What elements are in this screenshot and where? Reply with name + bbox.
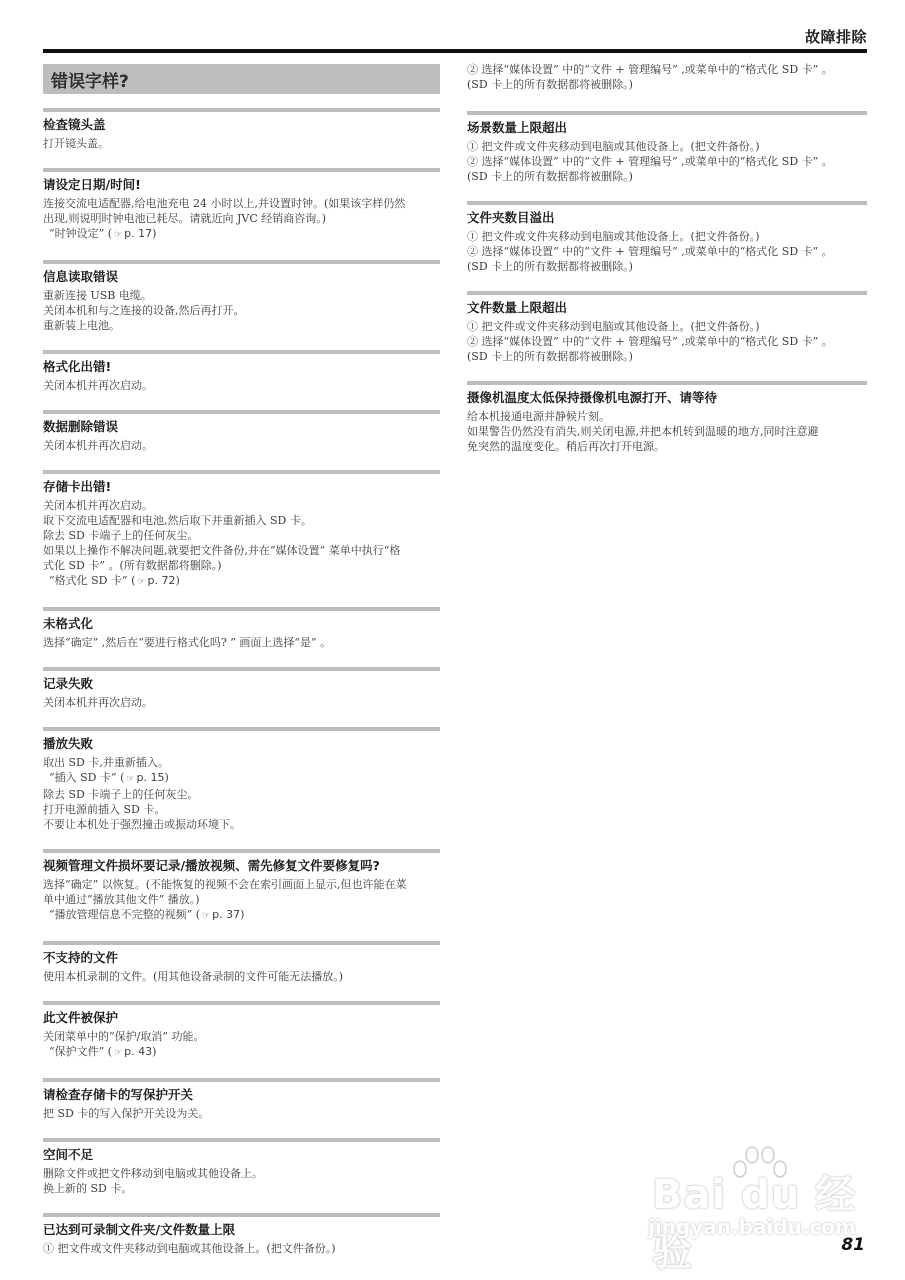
section-divider bbox=[43, 410, 440, 414]
error-section: 空间不足删除文件或把文件移动到电脑或其他设备上。换上新的 SD 卡。 bbox=[43, 1138, 440, 1196]
body-line: 如果以上操作不解决问题,就要把文件备份,并在“媒体设置” 菜单中执行“格 bbox=[43, 543, 440, 558]
section-divider bbox=[43, 470, 440, 474]
reference-label: “播放管理信息不完整的视频” bbox=[49, 908, 192, 921]
section-body: 重新连接 USB 电缆。关闭本机和与之连接的设备,然后再打开。重新装上电池。 bbox=[43, 288, 440, 333]
section-title: 摄像机温度太低保持摄像机电源打开、请等待 bbox=[467, 389, 867, 406]
chapter-title-box: 错误字样? bbox=[43, 64, 440, 94]
body-line: 出现,则说明时钟电池已耗尽。请就近向 JVC 经销商咨询。) bbox=[43, 211, 440, 226]
section-title: 文件数量上限超出 bbox=[467, 299, 867, 316]
reference-page: p. 72 bbox=[147, 574, 175, 587]
paren: ) bbox=[175, 574, 179, 587]
body-line: ② 选择“媒体设置” 中的“文件 + 管理编号” ,或菜单中的“格式化 SD 卡… bbox=[467, 334, 867, 349]
error-section: 不支持的文件使用本机录制的文件。(用其他设备录制的文件可能无法播放。) bbox=[43, 941, 440, 984]
body-line: 把 SD 卡的写入保护开关设为关。 bbox=[43, 1106, 440, 1121]
section-title: 记录失败 bbox=[43, 675, 440, 692]
page-header-title: 故障排除 bbox=[805, 26, 867, 47]
section-title: 空间不足 bbox=[43, 1146, 440, 1163]
pointing-hand-icon: ☞ bbox=[114, 228, 122, 243]
body-line: 免突然的温度变化。稍后再次打开电源。 bbox=[467, 439, 867, 454]
body-line: ① 把文件或文件夹移动到电脑或其他设备上。(把文件备份。) bbox=[43, 1241, 440, 1256]
section-divider bbox=[467, 201, 867, 205]
section-body: ① 把文件或文件夹移动到电脑或其他设备上。(把文件备份。)② 选择“媒体设置” … bbox=[467, 139, 867, 184]
body-line: 式化 SD 卡” 。(所有数据都将删除。) bbox=[43, 558, 440, 573]
section-body: ① 把文件或文件夹移动到电脑或其他设备上。(把文件备份。)② 选择“媒体设置” … bbox=[467, 319, 867, 364]
reference-page: p. 17 bbox=[124, 227, 152, 240]
body-line: 取下交流电适配器和电池,然后取下并重新插入 SD 卡。 bbox=[43, 513, 440, 528]
section-body: 关闭本机并再次启动。 bbox=[43, 695, 440, 710]
body-line: 关闭本机并再次启动。 bbox=[43, 378, 440, 393]
body-line: 不要让本机处于强烈撞击或振动环境下。 bbox=[43, 817, 440, 832]
section-body: ① 把文件或文件夹移动到电脑或其他设备上。(把文件备份。) bbox=[43, 1241, 440, 1256]
page-reference-link[interactable]: “格式化 SD 卡” (☞p. 72) bbox=[43, 573, 440, 590]
body-line: (SD 卡上的所有数据都将被删除。) bbox=[467, 349, 867, 364]
body-line: 选择“确定” ,然后在“要进行格式化吗? ” 画面上选择“是” 。 bbox=[43, 635, 440, 650]
error-section: 视频管理文件损坏要记录/播放视频、需先修复文件要修复吗?选择“确定” 以恢复。(… bbox=[43, 849, 440, 924]
reference-label: “保护文件” bbox=[49, 1045, 104, 1058]
section-divider bbox=[43, 667, 440, 671]
reference-label: “格式化 SD 卡” bbox=[49, 574, 128, 587]
body-line: ① 把文件或文件夹移动到电脑或其他设备上。(把文件备份。) bbox=[467, 229, 867, 244]
section-body: 关闭本机并再次启动。 bbox=[43, 438, 440, 453]
left-column: 错误字样? 检查镜头盖打开镜头盖。请设定日期/时间!连接交流电适配器,给电池充电… bbox=[43, 64, 440, 1273]
section-body: 把 SD 卡的写入保护开关设为关。 bbox=[43, 1106, 440, 1121]
section-divider bbox=[43, 260, 440, 264]
error-section: 检查镜头盖打开镜头盖。 bbox=[43, 108, 440, 151]
continued-section-body: ② 选择“媒体设置” 中的“文件 + 管理编号” ,或菜单中的“格式化 SD 卡… bbox=[467, 62, 867, 92]
section-divider bbox=[43, 1213, 440, 1217]
section-divider bbox=[467, 381, 867, 385]
page-reference-link[interactable]: “插入 SD 卡” (☞p. 15) bbox=[43, 770, 440, 787]
error-section: 请检查存储卡的写保护开关把 SD 卡的写入保护开关设为关。 bbox=[43, 1078, 440, 1121]
section-title: 存储卡出错! bbox=[43, 478, 440, 495]
page-number: 81 bbox=[841, 1235, 865, 1255]
paren: ) bbox=[152, 1045, 156, 1058]
section-divider bbox=[43, 350, 440, 354]
section-title: 此文件被保护 bbox=[43, 1009, 440, 1026]
section-title: 视频管理文件损坏要记录/播放视频、需先修复文件要修复吗? bbox=[43, 857, 440, 874]
error-section: 播放失败取出 SD 卡,并重新插入。“插入 SD 卡” (☞p. 15)除去 S… bbox=[43, 727, 440, 832]
section-divider bbox=[43, 1078, 440, 1082]
section-body: 删除文件或把文件移动到电脑或其他设备上。换上新的 SD 卡。 bbox=[43, 1166, 440, 1196]
section-body: 选择“确定” ,然后在“要进行格式化吗? ” 画面上选择“是” 。 bbox=[43, 635, 440, 650]
body-line: 关闭本机并再次启动。 bbox=[43, 438, 440, 453]
paren: ( bbox=[104, 1045, 112, 1058]
paren: ) bbox=[240, 908, 244, 921]
error-section: 存储卡出错!关闭本机并再次启动。取下交流电适配器和电池,然后取下并重新插入 SD… bbox=[43, 470, 440, 590]
pointing-hand-icon: ☞ bbox=[126, 772, 134, 787]
section-title: 检查镜头盖 bbox=[43, 116, 440, 133]
body-line: 关闭菜单中的“保护/取消” 功能。 bbox=[43, 1029, 440, 1044]
page-reference-link[interactable]: “时钟设定” (☞p. 17) bbox=[43, 226, 440, 243]
section-title: 场景数量上限超出 bbox=[467, 119, 867, 136]
section-title: 请检查存储卡的写保护开关 bbox=[43, 1086, 440, 1103]
body-line: 换上新的 SD 卡。 bbox=[43, 1181, 440, 1196]
chapter-title: 错误字样? bbox=[51, 67, 129, 92]
reference-page: p. 43 bbox=[124, 1045, 152, 1058]
section-title: 数据删除错误 bbox=[43, 418, 440, 435]
body-line: 重新连接 USB 电缆。 bbox=[43, 288, 440, 303]
reference-label: “插入 SD 卡” bbox=[49, 771, 117, 784]
pointing-hand-icon: ☞ bbox=[114, 1046, 122, 1061]
body-line: 打开电源前插入 SD 卡。 bbox=[43, 802, 440, 817]
section-divider bbox=[43, 1001, 440, 1005]
body-line: 关闭本机并再次启动。 bbox=[43, 695, 440, 710]
body-line: 打开镜头盖。 bbox=[43, 136, 440, 151]
body-line: 删除文件或把文件移动到电脑或其他设备上。 bbox=[43, 1166, 440, 1181]
error-section: 请设定日期/时间!连接交流电适配器,给电池充电 24 小时以上,并设置时钟。(如… bbox=[43, 168, 440, 243]
section-title: 不支持的文件 bbox=[43, 949, 440, 966]
pointing-hand-icon: ☞ bbox=[202, 909, 210, 924]
section-body: 连接交流电适配器,给电池充电 24 小时以上,并设置时钟。(如果该字样仍然出现,… bbox=[43, 196, 440, 243]
section-body: 给本机接通电源并静候片刻。如果警告仍然没有消失,则关闭电源,并把本机转到温暖的地… bbox=[467, 409, 867, 454]
section-body: ① 把文件或文件夹移动到电脑或其他设备上。(把文件备份。)② 选择“媒体设置” … bbox=[467, 229, 867, 274]
paren: ( bbox=[192, 908, 200, 921]
body-line: ② 选择“媒体设置” 中的“文件 + 管理编号” ,或菜单中的“格式化 SD 卡… bbox=[467, 244, 867, 259]
paren: ( bbox=[128, 574, 136, 587]
paren: ) bbox=[164, 771, 168, 784]
paren: ( bbox=[117, 771, 125, 784]
section-title: 未格式化 bbox=[43, 615, 440, 632]
body-line: ① 把文件或文件夹移动到电脑或其他设备上。(把文件备份。) bbox=[467, 319, 867, 334]
body-line: 使用本机录制的文件。(用其他设备录制的文件可能无法播放。) bbox=[43, 969, 440, 984]
body-line: 取出 SD 卡,并重新插入。 bbox=[43, 755, 440, 770]
body-line: 除去 SD 卡端子上的任何灰尘。 bbox=[43, 528, 440, 543]
body-line: ② 选择“媒体设置” 中的“文件 + 管理编号” ,或菜单中的“格式化 SD 卡… bbox=[467, 154, 867, 169]
section-body: 关闭本机并再次启动。取下交流电适配器和电池,然后取下并重新插入 SD 卡。除去 … bbox=[43, 498, 440, 590]
body-line: 选择“确定” 以恢复。(不能恢复的视频不会在索引画面上显示,但也许能在菜 bbox=[43, 877, 440, 892]
section-divider bbox=[43, 941, 440, 945]
error-section: 已达到可录制文件夹/文件数量上限① 把文件或文件夹移动到电脑或其他设备上。(把文… bbox=[43, 1213, 440, 1256]
page-reference-link[interactable]: “播放管理信息不完整的视频” (☞p. 37) bbox=[43, 907, 440, 924]
left-section-list: 检查镜头盖打开镜头盖。请设定日期/时间!连接交流电适配器,给电池充电 24 小时… bbox=[43, 108, 440, 1256]
error-section: 文件数量上限超出① 把文件或文件夹移动到电脑或其他设备上。(把文件备份。)② 选… bbox=[467, 291, 867, 364]
section-body: 关闭菜单中的“保护/取消” 功能。“保护文件” (☞p. 43) bbox=[43, 1029, 440, 1061]
section-title: 已达到可录制文件夹/文件数量上限 bbox=[43, 1221, 440, 1238]
section-divider bbox=[467, 291, 867, 295]
error-section: 信息读取错误重新连接 USB 电缆。关闭本机和与之连接的设备,然后再打开。重新装… bbox=[43, 260, 440, 333]
reference-label: “时钟设定” bbox=[49, 227, 104, 240]
section-divider bbox=[43, 108, 440, 112]
body-line: 给本机接通电源并静候片刻。 bbox=[467, 409, 867, 424]
section-divider bbox=[43, 607, 440, 611]
body-line: 关闭本机和与之连接的设备,然后再打开。 bbox=[43, 303, 440, 318]
section-body: 取出 SD 卡,并重新插入。“插入 SD 卡” (☞p. 15)除去 SD 卡端… bbox=[43, 755, 440, 832]
page-reference-link[interactable]: “保护文件” (☞p. 43) bbox=[43, 1044, 440, 1061]
reference-page: p. 15 bbox=[136, 771, 164, 784]
error-section: 此文件被保护关闭菜单中的“保护/取消” 功能。“保护文件” (☞p. 43) bbox=[43, 1001, 440, 1061]
paren: ) bbox=[152, 227, 156, 240]
error-section: 数据删除错误关闭本机并再次启动。 bbox=[43, 410, 440, 453]
section-body: 使用本机录制的文件。(用其他设备录制的文件可能无法播放。) bbox=[43, 969, 440, 984]
right-section-list: 场景数量上限超出① 把文件或文件夹移动到电脑或其他设备上。(把文件备份。)② 选… bbox=[467, 111, 867, 454]
right-column: ② 选择“媒体设置” 中的“文件 + 管理编号” ,或菜单中的“格式化 SD 卡… bbox=[467, 62, 867, 471]
section-body: 关闭本机并再次启动。 bbox=[43, 378, 440, 393]
section-body: 打开镜头盖。 bbox=[43, 136, 440, 151]
body-line: 单中通过“播放其他文件” 播放。) bbox=[43, 892, 440, 907]
body-line: 如果警告仍然没有消失,则关闭电源,并把本机转到温暖的地方,同时注意避 bbox=[467, 424, 867, 439]
paren: ( bbox=[104, 227, 112, 240]
body-line: ② 选择“媒体设置” 中的“文件 + 管理编号” ,或菜单中的“格式化 SD 卡… bbox=[467, 62, 867, 77]
section-divider bbox=[467, 111, 867, 115]
body-line: 重新装上电池。 bbox=[43, 318, 440, 333]
section-title: 信息读取错误 bbox=[43, 268, 440, 285]
body-line: 除去 SD 卡端子上的任何灰尘。 bbox=[43, 787, 440, 802]
body-line: (SD 卡上的所有数据都将被删除。) bbox=[467, 77, 867, 92]
error-section: 记录失败关闭本机并再次启动。 bbox=[43, 667, 440, 710]
pointing-hand-icon: ☞ bbox=[137, 575, 145, 590]
reference-page: p. 37 bbox=[212, 908, 240, 921]
body-line: ① 把文件或文件夹移动到电脑或其他设备上。(把文件备份。) bbox=[467, 139, 867, 154]
body-line: (SD 卡上的所有数据都将被删除。) bbox=[467, 169, 867, 184]
section-divider bbox=[43, 849, 440, 853]
section-divider bbox=[43, 168, 440, 172]
section-divider bbox=[43, 1138, 440, 1142]
section-title: 格式化出错! bbox=[43, 358, 440, 375]
section-title: 请设定日期/时间! bbox=[43, 176, 440, 193]
error-section: 场景数量上限超出① 把文件或文件夹移动到电脑或其他设备上。(把文件备份。)② 选… bbox=[467, 111, 867, 184]
section-title: 文件夹数目溢出 bbox=[467, 209, 867, 226]
body-line: 连接交流电适配器,给电池充电 24 小时以上,并设置时钟。(如果该字样仍然 bbox=[43, 196, 440, 211]
section-title: 播放失败 bbox=[43, 735, 440, 752]
section-divider bbox=[43, 727, 440, 731]
error-section: 未格式化选择“确定” ,然后在“要进行格式化吗? ” 画面上选择“是” 。 bbox=[43, 607, 440, 650]
body-line: (SD 卡上的所有数据都将被删除。) bbox=[467, 259, 867, 274]
error-section: 摄像机温度太低保持摄像机电源打开、请等待给本机接通电源并静候片刻。如果警告仍然没… bbox=[467, 381, 867, 454]
watermark-url: jingyan.baidu.com bbox=[648, 1215, 856, 1239]
body-line: 关闭本机并再次启动。 bbox=[43, 498, 440, 513]
error-section: 格式化出错!关闭本机并再次启动。 bbox=[43, 350, 440, 393]
error-section: 文件夹数目溢出① 把文件或文件夹移动到电脑或其他设备上。(把文件备份。)② 选择… bbox=[467, 201, 867, 274]
header-rule bbox=[43, 49, 867, 53]
section-body: 选择“确定” 以恢复。(不能恢复的视频不会在索引画面上显示,但也许能在菜单中通过… bbox=[43, 877, 440, 924]
